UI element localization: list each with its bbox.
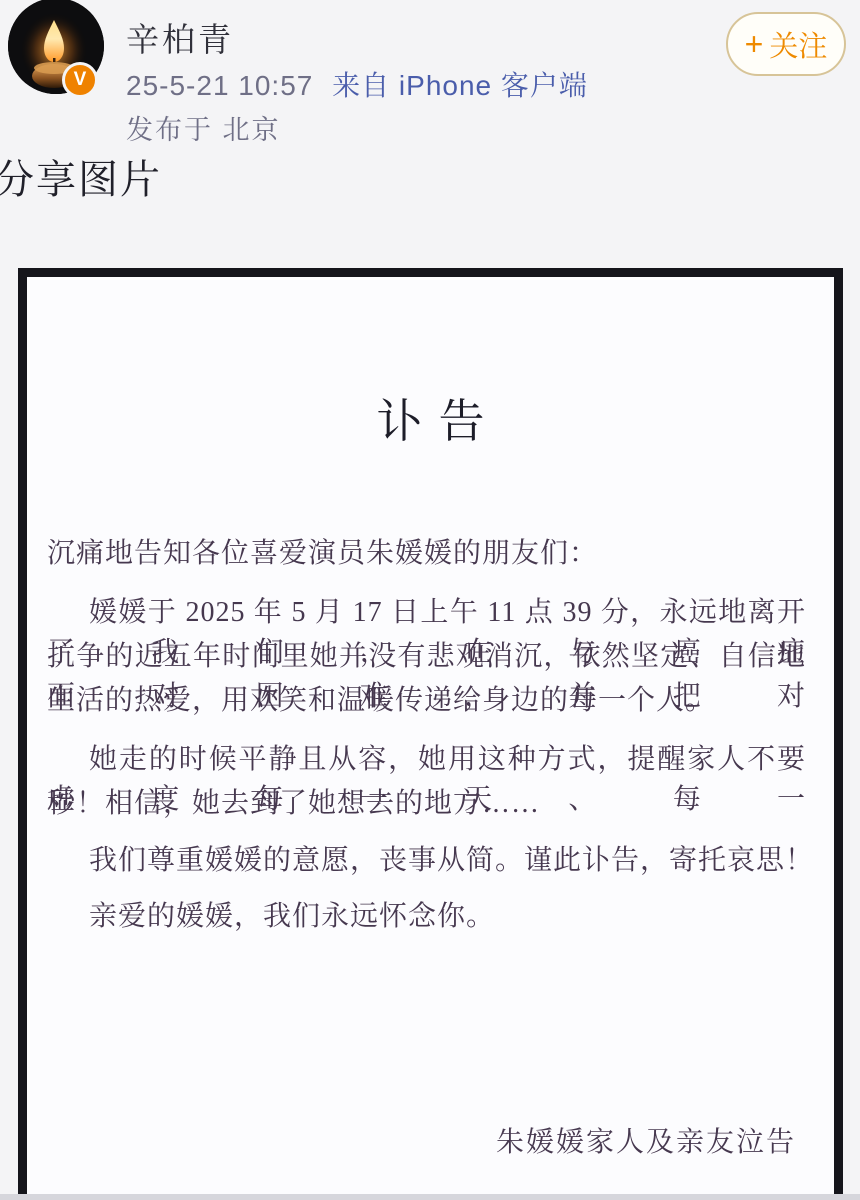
obituary-line: 沉痛地告知各位喜爱演员朱媛媛的朋友们： <box>47 531 806 567</box>
follow-button[interactable]: + 关注 <box>726 12 846 76</box>
obituary-line: 她走的时候平静且从容，她用这种方式，提醒家人不要虚度每一天、每一 <box>47 737 806 773</box>
photo-bottom-edge <box>0 1194 860 1200</box>
obituary-line: 秒！相信，她去到了她想去的地方…… <box>47 781 806 817</box>
source-link[interactable]: 来自 iPhone 客户端 <box>332 70 588 101</box>
timestamp: 25-5-21 10:57 <box>126 70 313 101</box>
post-meta: 25-5-21 10:57 来自 iPhone 客户端 <box>126 64 588 104</box>
post-location: 发布于 北京 <box>126 108 281 147</box>
obituary-line: 我们尊重媛媛的意愿，丧事从简。谨此讣告，寄托哀思！ <box>47 838 806 874</box>
obituary-line: 亲爱的媛媛，我们永远怀念你。 <box>47 894 806 930</box>
obituary-line: 抗争的近五年时间里她并没有悲观消沉，依然坚定、自信地面对困难，并把对 <box>47 634 806 670</box>
obituary-signature: 朱媛媛家人及亲友泣告 <box>496 1120 796 1160</box>
obituary-paper: 讣告 沉痛地告知各位喜爱演员朱媛媛的朋友们： 媛媛于 2025 年 5 月 17… <box>27 277 834 1200</box>
follow-button-label: 关注 <box>769 24 827 65</box>
obituary-image[interactable]: 讣告 沉痛地告知各位喜爱演员朱媛媛的朋友们： 媛媛于 2025 年 5 月 17… <box>18 268 843 1200</box>
username[interactable]: 辛柏青 <box>126 14 234 61</box>
weibo-post: V 辛柏青 25-5-21 10:57 来自 iPhone 客户端 发布于 北京… <box>0 0 860 1200</box>
obituary-line: 生活的热爱，用欢笑和温暖传递给身边的每一个人。 <box>47 678 806 714</box>
obituary-line: 媛媛于 2025 年 5 月 17 日上午 11 点 39 分，永远地离开了我们… <box>47 590 806 626</box>
post-text: 分享图片 <box>0 148 162 205</box>
verified-badge-icon: V <box>62 62 98 98</box>
obituary-title: 讣告 <box>27 385 834 451</box>
plus-icon: + <box>745 28 764 60</box>
